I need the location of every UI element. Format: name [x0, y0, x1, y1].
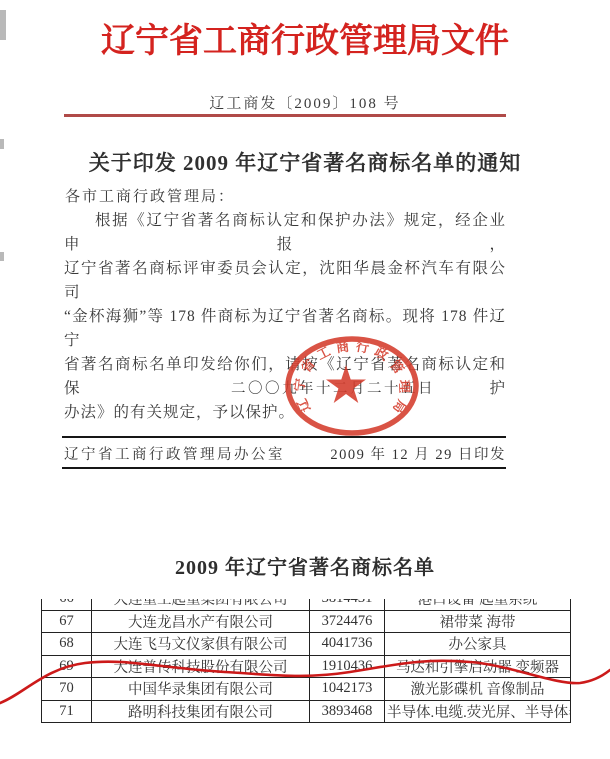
trademark-table-viewport: 66 大连重工起重集团有限公司 3814431 港口设备 起重系统 67 大连龙…	[41, 599, 572, 726]
registration-cell: 1910436	[310, 655, 385, 678]
footer-top-rule	[62, 436, 506, 438]
row-number-cell: 67	[42, 610, 92, 633]
table-row: 68 大连飞马文仪家俱有限公司 4041736 办公家具	[42, 633, 571, 656]
footer-row: 辽宁省工商行政管理局办公室 2009 年 12 月 29 日印发	[64, 443, 506, 464]
table-row: 69 大连普传科技股份有限公司 1910436 马达和引擎启动器 变频器	[42, 655, 571, 678]
clipped-row: 66 大连重工起重集团有限公司 3814431 港口设备 起重系统	[42, 599, 571, 610]
product-cell: 激光影碟机 音像制品	[385, 678, 571, 701]
table-row: 70 中国华录集团有限公司 1042173 激光影碟机 音像制品	[42, 678, 571, 701]
issuing-office: 辽宁省工商行政管理局办公室	[64, 443, 285, 464]
table-row: 71 路明科技集团有限公司 3893468 半导体.电缆.荧光屏、半导体器	[42, 700, 571, 723]
document-page: 辽宁省工商行政管理局文件 辽工商发〔2009〕108 号 关于印发 2009 年…	[0, 0, 610, 759]
list-title: 2009 年辽宁省著名商标名单	[0, 551, 610, 580]
registration-cell: 3893468	[310, 700, 385, 723]
salutation: 各市工商行政管理局：	[65, 185, 235, 206]
body-line: 根据《辽宁省著名商标认定和保护办法》规定，经企业申报，	[64, 209, 506, 257]
company-cell: 路明科技集团有限公司	[92, 700, 310, 723]
row-number-cell: 66	[42, 599, 92, 610]
trademark-table: 66 大连重工起重集团有限公司 3814431 港口设备 起重系统 67 大连龙…	[41, 599, 571, 723]
scan-artifact	[0, 252, 4, 261]
company-cell: 大连普传科技股份有限公司	[92, 655, 310, 678]
registration-cell: 3724476	[310, 610, 385, 633]
product-cell: 半导体.电缆.荧光屏、半导体器	[385, 700, 571, 723]
product-cell: 马达和引擎启动器 变频器	[385, 655, 571, 678]
agency-title: 辽宁省工商行政管理局文件	[0, 22, 610, 62]
row-number-cell: 70	[42, 678, 92, 701]
official-seal: 辽宁省工商行政管理局	[282, 334, 422, 438]
registration-cell: 4041736	[310, 633, 385, 656]
row-number-cell: 69	[42, 655, 92, 678]
company-cell: 大连龙昌水产有限公司	[92, 610, 310, 633]
product-cell: 办公家具	[385, 633, 571, 656]
footer-bottom-rule	[62, 467, 506, 469]
red-divider-rule	[64, 114, 506, 117]
seal-star-icon	[326, 365, 366, 403]
print-date: 2009 年 12 月 29 日印发	[330, 443, 506, 464]
row-number-cell: 68	[42, 633, 92, 656]
row-number-cell: 71	[42, 700, 92, 723]
doc-number: 辽工商发〔2009〕108 号	[0, 92, 610, 113]
product-cell: 港口设备 起重系统	[385, 599, 571, 610]
registration-cell: 3814431	[310, 599, 385, 610]
table-row: 67 大连龙昌水产有限公司 3724476 裙带菜 海带	[42, 610, 571, 633]
registration-cell: 1042173	[310, 678, 385, 701]
body-line: 辽宁省著名商标评审委员会认定，沈阳华晨金杯汽车有限公司	[64, 257, 506, 305]
product-cell: 裙带菜 海带	[385, 610, 571, 633]
company-cell: 大连重工起重集团有限公司	[92, 599, 310, 610]
notice-title: 关于印发 2009 年辽宁省著名商标名单的通知	[0, 147, 610, 177]
company-cell: 大连飞马文仪家俱有限公司	[92, 633, 310, 656]
company-cell: 中国华录集团有限公司	[92, 678, 310, 701]
